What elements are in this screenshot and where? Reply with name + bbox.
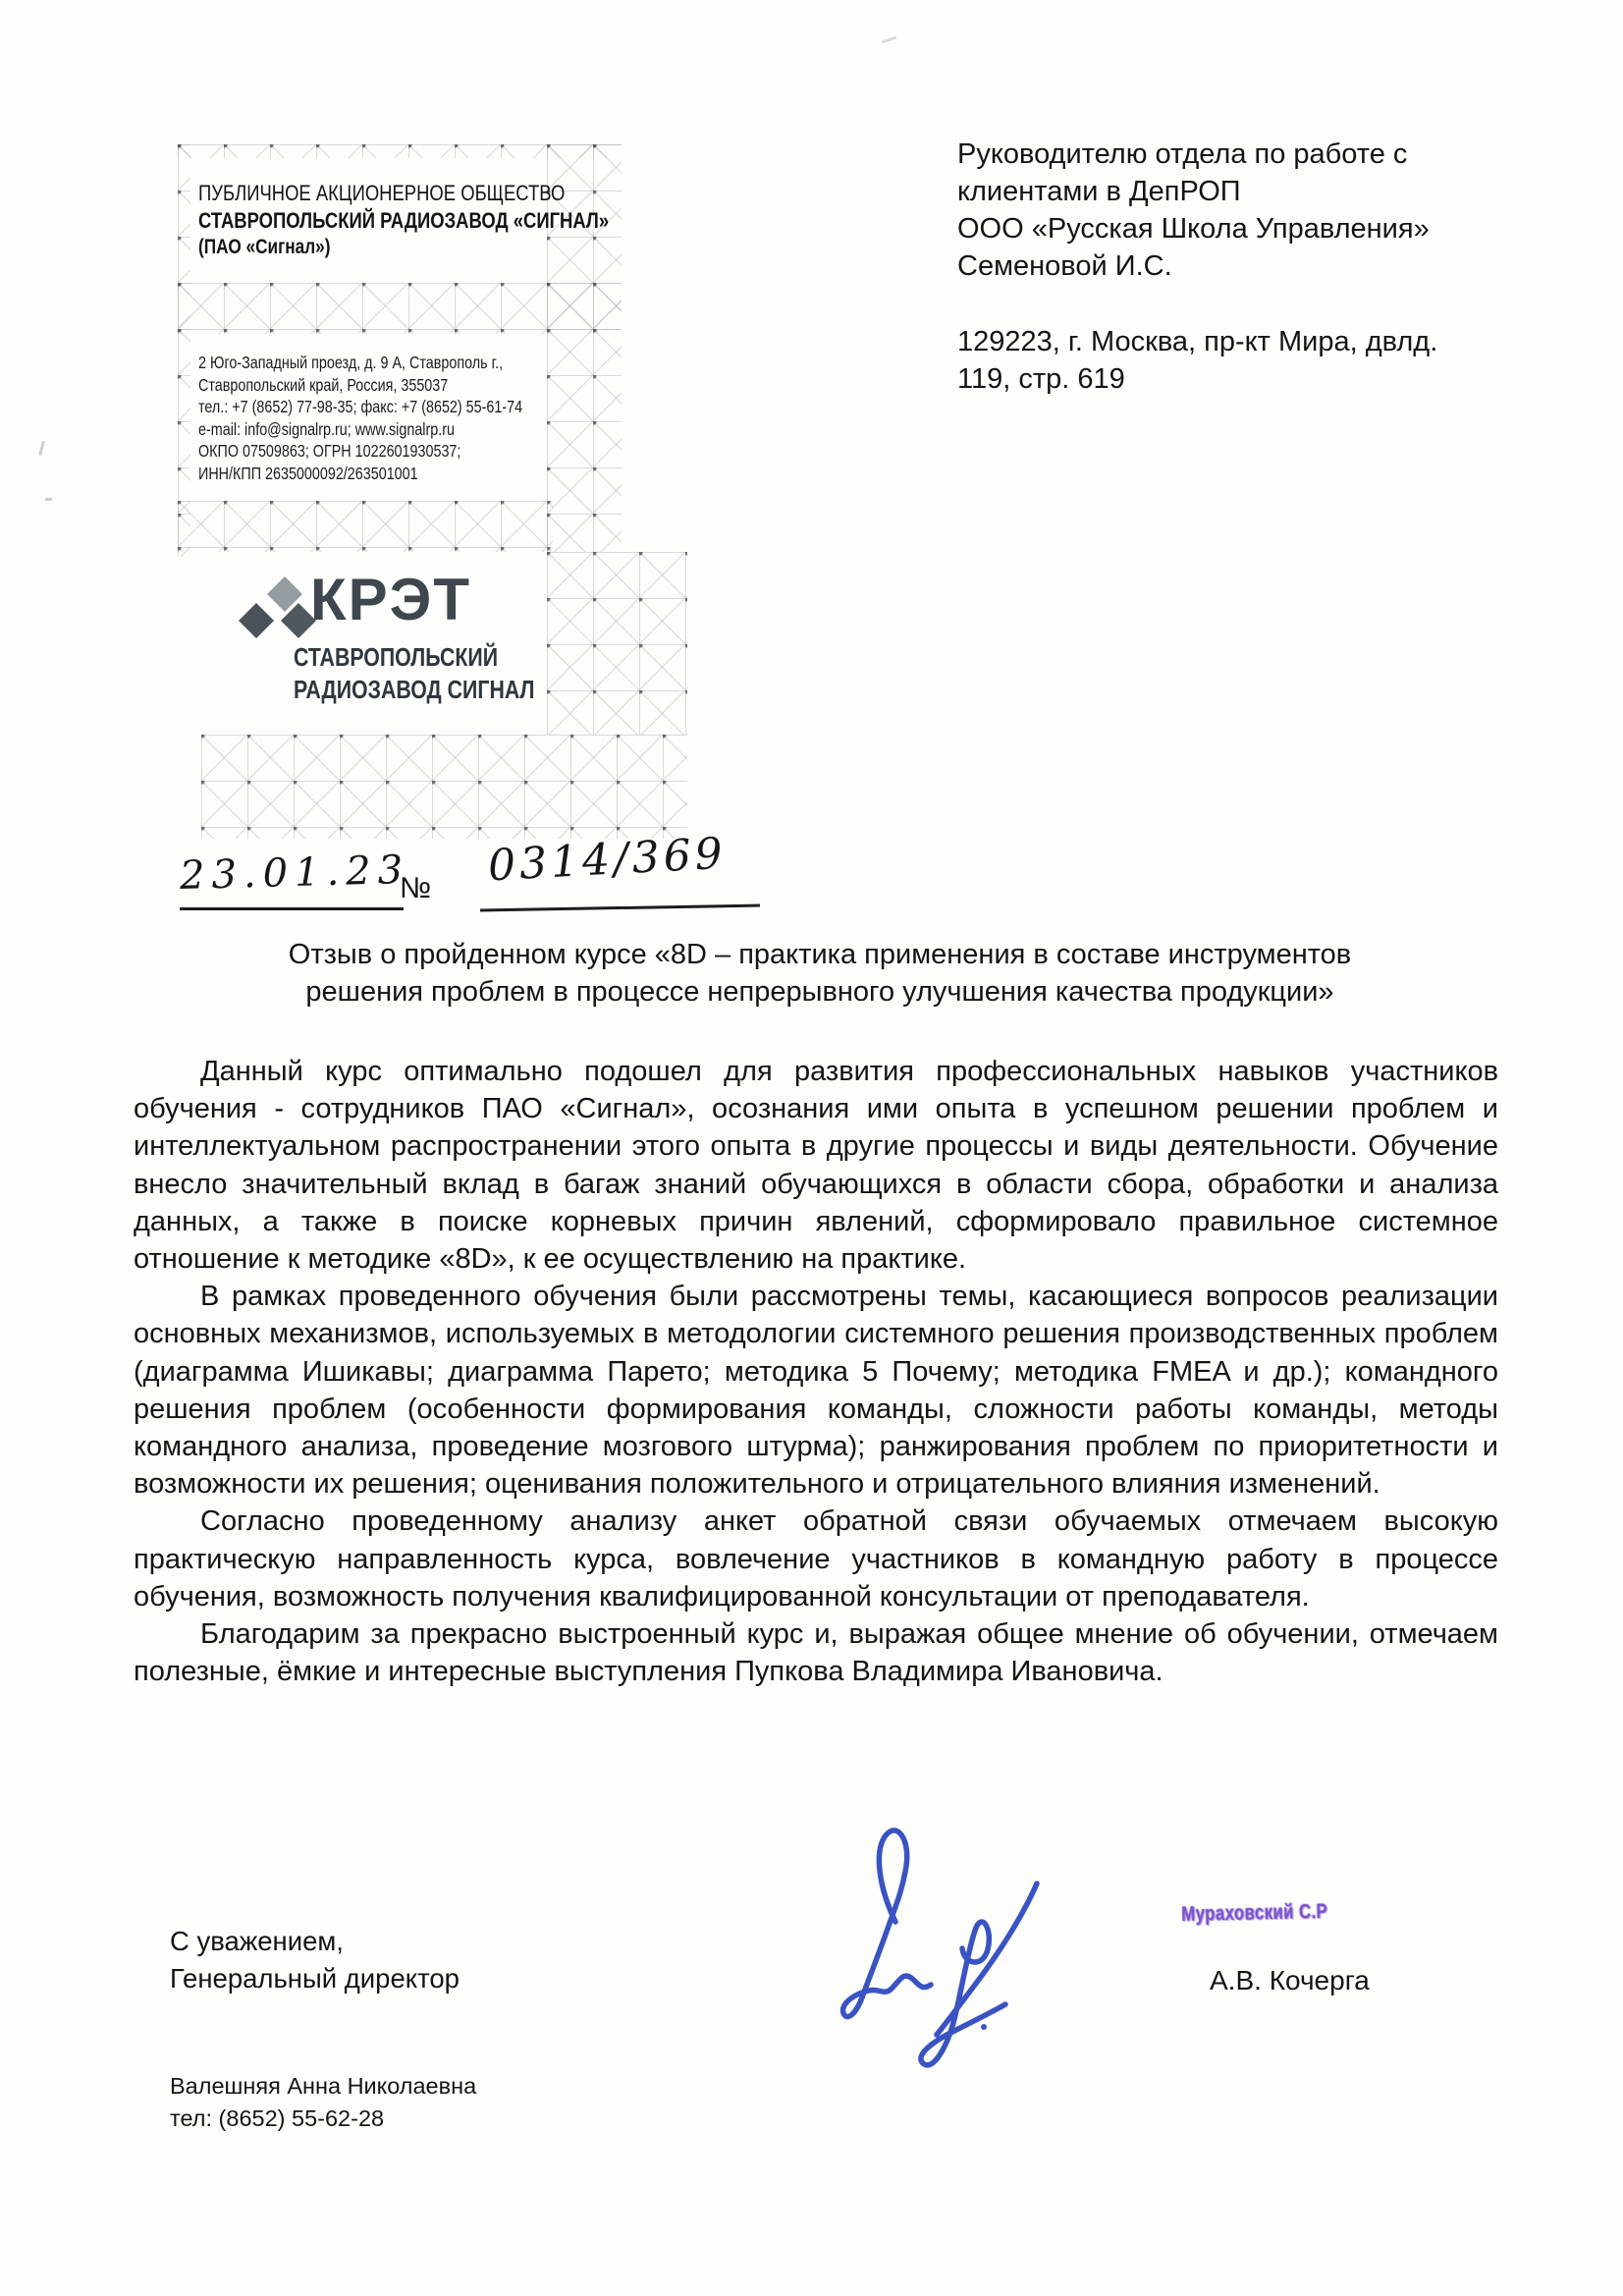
signer-name: А.В. Кочерга <box>1210 1965 1370 1996</box>
scan-artifact <box>38 441 45 456</box>
company-name-line3: (ПАО «Сигнал») <box>198 234 609 261</box>
document-title: Отзыв о пройденном курсе «8D – практика … <box>137 937 1502 1011</box>
signer-position: Генеральный директор <box>170 1960 460 1997</box>
number-sign-label: № <box>400 872 431 905</box>
executor-contact-block: Валешняя Анна Николаевна тел: (8652) 55-… <box>170 2070 476 2135</box>
letterhead-grid-pattern-left <box>178 144 190 557</box>
address-line: e-mail: info@signalrp.ru; www.signalrp.r… <box>198 418 522 441</box>
scan-artifact <box>45 498 52 501</box>
address-line: ИНН/КПП 2635000092/263501001 <box>198 463 522 485</box>
document-title-line2: решения проблем в процессе непрерывного … <box>137 974 1502 1011</box>
recipient-line: Семеновой И.С. <box>957 247 1430 285</box>
address-line: тел.: +7 (8652) 77-98-35; факс: +7 (8652… <box>198 396 522 418</box>
date-underline <box>180 907 404 910</box>
recipient-address-line: 119, стр. 619 <box>957 360 1437 398</box>
letterhead-grid-pattern-band2 <box>178 501 553 552</box>
kret-subtitle-line1: СТАВРОПОЛЬСКИЙ <box>294 641 534 674</box>
recipient-line: Руководителю отдела по работе с <box>957 136 1430 173</box>
salutation: С уважением, <box>170 1923 460 1960</box>
body-paragraph: Согласно проведенному анализу анкет обра… <box>134 1503 1498 1615</box>
body-paragraph: Благодарим за прекрасно выстроенный курс… <box>134 1615 1498 1690</box>
scan-artifact <box>882 36 896 43</box>
recipient-line: ООО «Русская Школа Управления» <box>957 210 1430 247</box>
recipient-address-line: 129223, г. Москва, пр-кт Мира, двлд. <box>957 323 1437 360</box>
letterhead-grid-pattern-bottom <box>201 735 687 839</box>
kret-subtitle-line2: РАДИОЗАВОД СИГНАЛ <box>294 674 534 706</box>
executor-name: Валешняя Анна Николаевна <box>170 2070 476 2103</box>
number-underline <box>480 904 760 911</box>
recipient-address-block: 129223, г. Москва, пр-кт Мира, двлд. 119… <box>957 323 1437 398</box>
letterhead-company-name: ПУБЛИЧНОЕ АКЦИОНЕРНОЕ ОБЩЕСТВО СТАВРОПОЛ… <box>198 180 609 261</box>
signature-block: С уважением, Генеральный директор <box>170 1923 460 1997</box>
handwritten-signature-ink <box>835 1819 1060 2084</box>
address-line: 2 Юго-Западный проезд, д. 9 А, Ставропол… <box>198 352 522 374</box>
handwritten-date: 23.01.23 <box>179 847 409 899</box>
body-paragraph: В рамках проведенного обучения были расс… <box>134 1278 1498 1503</box>
address-line: Ставропольский край, Россия, 355037 <box>198 374 522 397</box>
kret-logo-subtitle: СТАВРОПОЛЬСКИЙ РАДИОЗАВОД СИГНАЛ <box>294 641 534 706</box>
recipient-line: клиентами в ДепРОП <box>957 173 1430 210</box>
letterhead-grid-pattern-midcol <box>547 552 687 735</box>
executor-phone: тел: (8652) 55-62-28 <box>170 2103 476 2135</box>
letter-body: Данный курс оптимально подошел для разви… <box>134 1053 1498 1690</box>
scanned-letter-page: ПУБЛИЧНОЕ АКЦИОНЕРНОЕ ОБЩЕСТВО СТАВРОПОЛ… <box>0 0 1623 2296</box>
company-name-line1: ПУБЛИЧНОЕ АКЦИОНЕРНОЕ ОБЩЕСТВО <box>198 180 609 207</box>
document-title-line1: Отзыв о пройденном курсе «8D – практика … <box>137 937 1502 974</box>
name-stamp: Мураховский С.Р <box>1181 1900 1327 1927</box>
letterhead-address-block: 2 Юго-Западный проезд, д. 9 А, Ставропол… <box>198 352 522 485</box>
address-line: ОКПО 07509863; ОГРН 1022601930537; <box>198 440 522 463</box>
recipient-block: Руководителю отдела по работе с клиентам… <box>957 136 1430 285</box>
body-paragraph: Данный курс оптимально подошел для разви… <box>134 1053 1498 1278</box>
company-name-line2: СТАВРОПОЛЬСКИЙ РАДИОЗАВОД «СИГНАЛ» <box>198 207 609 235</box>
kret-logo-wordmark: КРЭТ <box>310 571 471 629</box>
